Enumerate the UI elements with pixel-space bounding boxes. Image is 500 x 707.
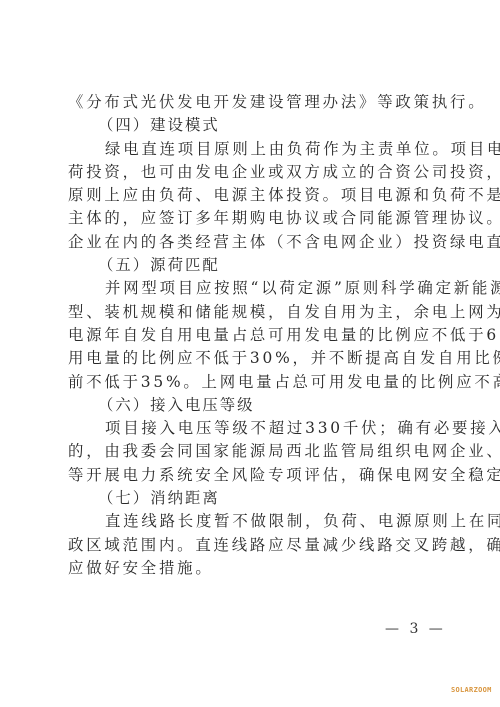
text-line: 并网型项目应按照“以荷定源”原则科学确定新能源电源类 [68,277,440,300]
text-line: 企业在内的各类经营主体（不含电网企业）投资绿电直连项目。 [68,231,440,254]
text-line: 用电量的比例应不低于30%，并不断提高自发自用比例，2030年 [68,347,440,370]
section-heading-7: （七）消纳距离 [68,487,440,510]
text-line: 政区域范围内。直连线路应尽量减少线路交叉跨越，确需跨越的 [68,534,440,557]
text-line: 的，由我委会同国家能源局西北监管局组织电网企业、项目单位 [68,440,440,463]
text-line: 荷投资，也可由发电企业或双方成立的合资公司投资，直连专线 [68,161,440,184]
text-line: 主体的，应签订多年期购电协议或合同能源管理协议。支持民营 [68,207,440,230]
section-heading-5: （五）源荷匹配 [68,254,440,277]
section-heading-6: （六）接入电压等级 [68,394,440,417]
text-line: 绿电直连项目原则上由负荷作为主责单位。项目电源可由负 [68,138,440,161]
text-line: 前不低于35%。上网电量占总可用发电量的比例应不高于20%。 [68,371,440,394]
text-line: 原则上应由负荷、电源主体投资。项目电源和负荷不是同一投资 [68,184,440,207]
text-line: 型、装机规模和储能规模，自发自用为主，余电上网为辅。项目 [68,301,440,324]
text-line: 电源年自发自用电量占总可用发电量的比例应不低于60%，占总 [68,324,440,347]
text-line: 项目接入电压等级不超过330千伏；确有必要接入330千伏 [68,417,440,440]
document-body: 《分布式光伏发电开发建设管理办法》等政策执行。 （四）建设模式 绿电直连项目原则… [68,91,440,580]
text-line: 应做好安全措施。 [68,557,440,580]
watermark-logo: SOLARZOOM [451,686,492,694]
section-heading-4: （四）建设模式 [68,114,440,137]
text-line: 等开展电力系统安全风险专项评估，确保电网安全稳定运行。 [68,464,440,487]
page-number: — 3 — [385,621,446,637]
text-line: 《分布式光伏发电开发建设管理办法》等政策执行。 [68,91,440,114]
text-line: 直连线路长度暂不做限制，负荷、电源原则上在同一市级行 [68,510,440,533]
